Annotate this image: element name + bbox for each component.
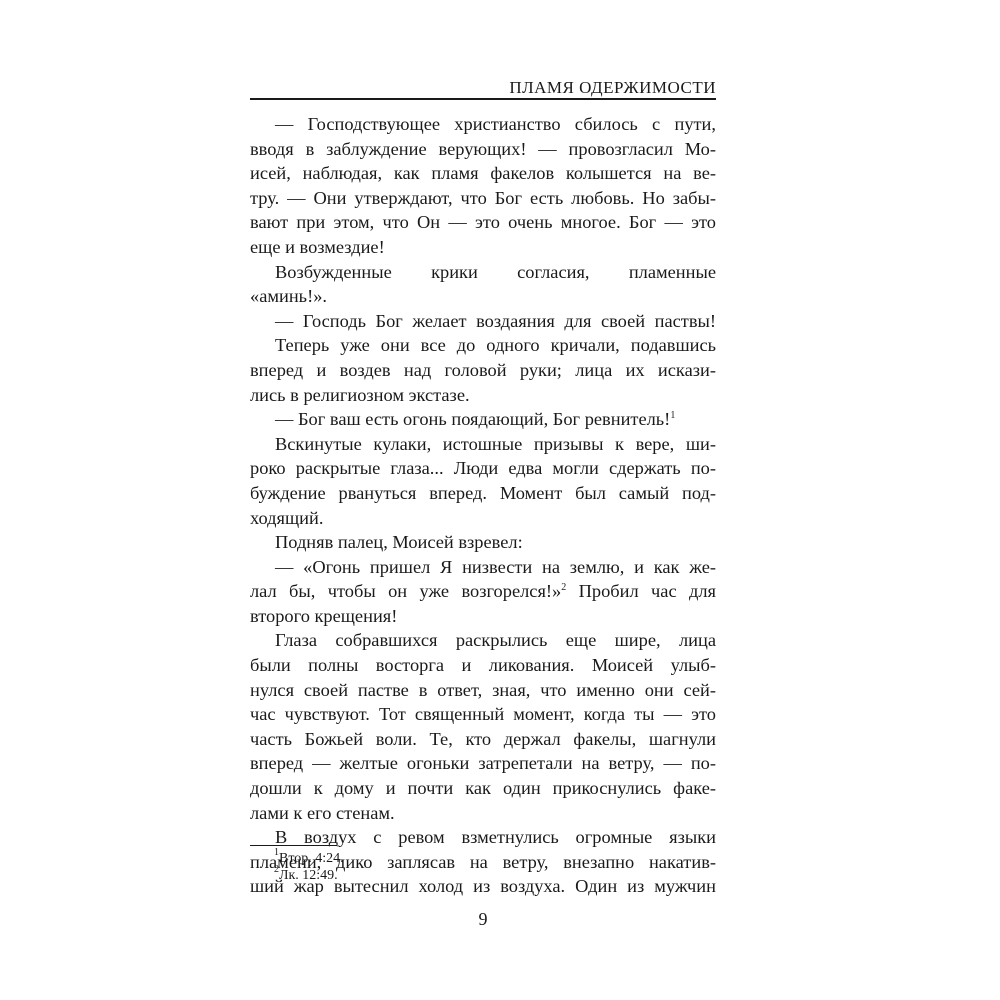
footnote-text: Лк. 12:49. xyxy=(279,868,338,883)
text-line: часть Божьей воли. Те, кто держал факелы… xyxy=(250,727,716,752)
page-number: 9 xyxy=(250,908,716,930)
text-line: вперед — желтые огоньки затрепетали на в… xyxy=(250,751,716,776)
text-line-content: лал бы, чтобы он уже возгорелся!» xyxy=(250,581,561,601)
text-line: дошли к дому и почти как один прикоснули… xyxy=(250,776,716,801)
text-line: «аминь!». xyxy=(250,284,716,309)
footnotes: 1Втор. 4:24. 2Лк. 12:49. xyxy=(274,850,344,884)
text-line: час чувствуют. Тот священный момент, ког… xyxy=(250,702,716,727)
footnote-1: 1Втор. 4:24. xyxy=(274,850,344,867)
text-line: Глаза собравшихся раскрылись еще шире, л… xyxy=(250,628,716,653)
text-line: лал бы, чтобы он уже возгорелся!»2 Проби… xyxy=(250,579,716,604)
header-rule xyxy=(250,98,716,100)
text-line-tail: Пробил час для xyxy=(566,581,716,601)
text-line: ходящий. xyxy=(250,506,716,531)
text-line: лами к его стенам. xyxy=(250,801,716,826)
text-line: были полны восторга и ликования. Моисей … xyxy=(250,653,716,678)
text-line: лись в религиозном экстазе. xyxy=(250,383,716,408)
text-line: Вскинутые кулаки, истошные призывы к вер… xyxy=(250,432,716,457)
footnote-rule xyxy=(250,845,337,846)
text-line: — Господствующее христианство сбилось с … xyxy=(250,112,716,137)
running-head: ПЛАМЯ ОДЕРЖИМОСТИ xyxy=(509,78,716,98)
text-line: — «Огонь пришел Я низвести на землю, и к… xyxy=(250,555,716,580)
footnote-marker: 1 xyxy=(670,410,675,421)
text-line: Теперь уже они все до одного кричали, по… xyxy=(250,333,716,358)
text-line-content: — Бог ваш есть огонь поядающий, Бог ревн… xyxy=(275,409,670,429)
text-line: вают при этом, что Он — это очень многое… xyxy=(250,210,716,235)
text-line: — Господь Бог желает воздаяния для своей… xyxy=(250,309,716,334)
text-line: вперед и воздев над головой руки; лица и… xyxy=(250,358,716,383)
text-line: нулся своей пастве в ответ, зная, что им… xyxy=(250,678,716,703)
text-line: вводя в заблуждение верующих! — провозгл… xyxy=(250,137,716,162)
footnote-text: Втор. 4:24. xyxy=(279,851,344,866)
text-line: второго крещения! xyxy=(250,604,716,629)
text-line: исей, наблюдая, как пламя факелов колыше… xyxy=(250,161,716,186)
text-line: Подняв палец, Моисей взревел: xyxy=(250,530,716,555)
text-line: роко раскрытые глаза... Люди едва могли … xyxy=(250,456,716,481)
text-line: еще и возмездие! xyxy=(250,235,716,260)
text-line: буждение рвануться вперед. Момент был са… xyxy=(250,481,716,506)
text-line: Возбужденные крики согласия, пламенные xyxy=(250,260,716,285)
text-line: тру. — Они утверждают, что Бог есть любо… xyxy=(250,186,716,211)
body-text: — Господствующее христианство сбилось с … xyxy=(250,112,716,899)
footnote-2: 2Лк. 12:49. xyxy=(274,867,344,884)
text-line: — Бог ваш есть огонь поядающий, Бог ревн… xyxy=(250,407,716,432)
text-line: В воздух с ревом взметнулись огромные яз… xyxy=(250,825,716,850)
